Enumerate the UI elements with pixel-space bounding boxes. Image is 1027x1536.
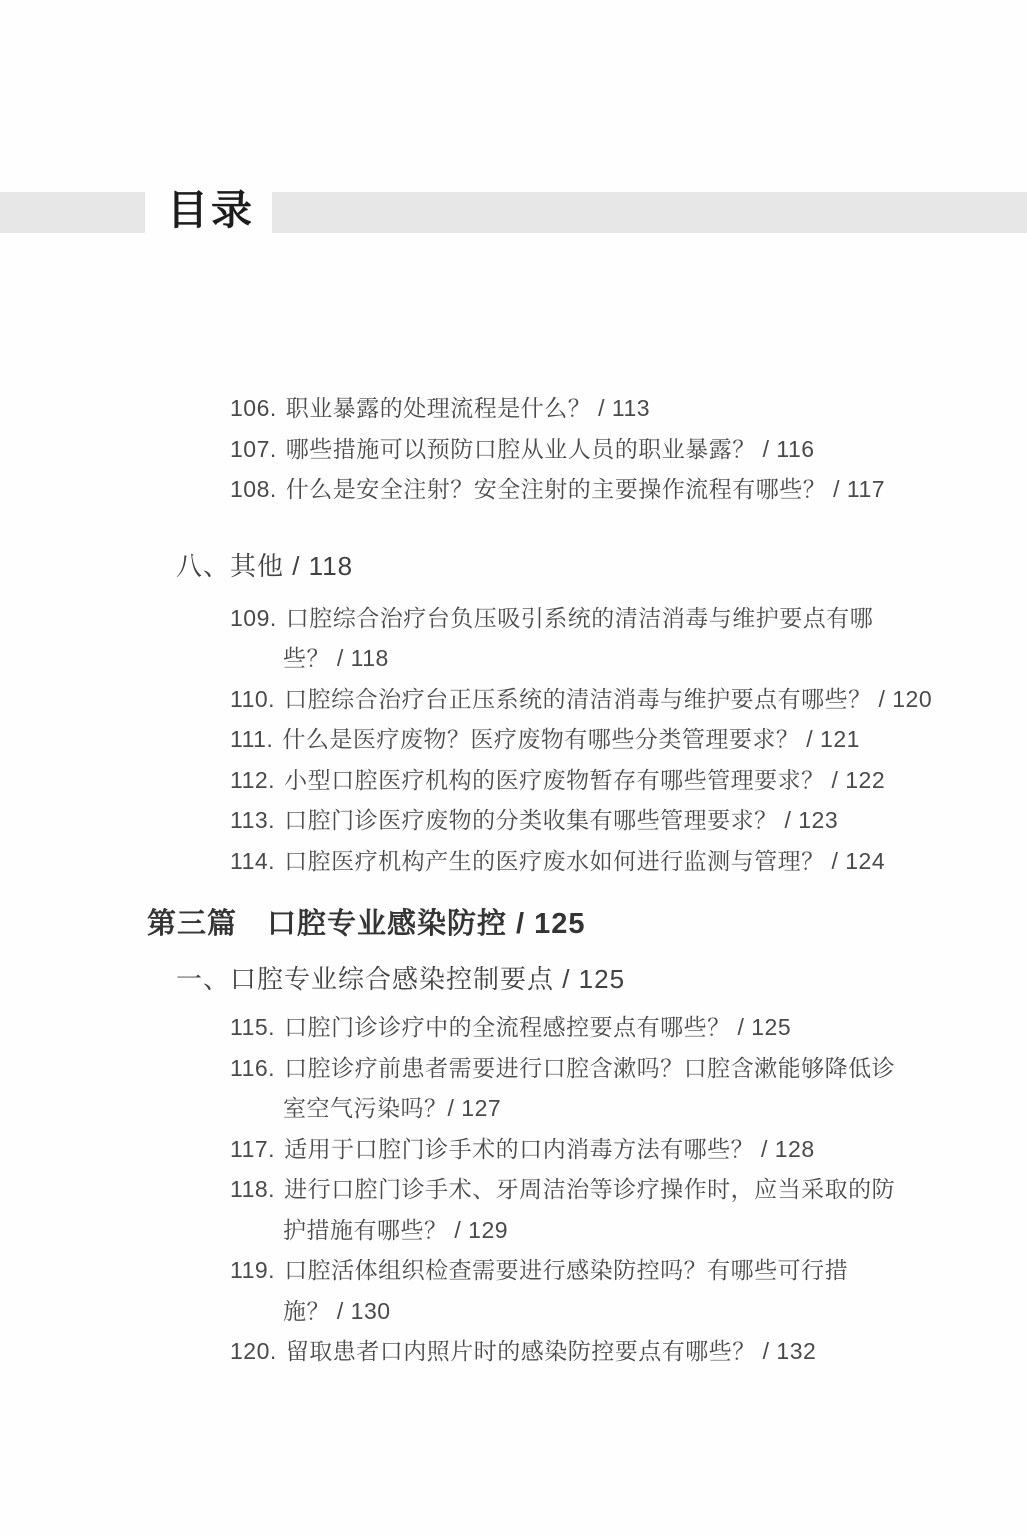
item-number: 109. <box>230 605 277 631</box>
item-number: 119. <box>230 1257 275 1283</box>
item-number: 120. <box>230 1338 277 1364</box>
toc-item: 118.进行口腔门诊手术、牙周洁治等诊疗操作时，应当采取的防护措施有哪些？ / … <box>0 1169 1027 1250</box>
toc-item: 116.口腔诊疗前患者需要进行口腔含漱吗？口腔含漱能够降低诊室空气污染吗？/ 1… <box>0 1048 1027 1129</box>
item-number: 118. <box>230 1176 275 1202</box>
toc-item: 114.口腔医疗机构产生的医疗废水如何进行监测与管理？ / 124 <box>0 841 1027 882</box>
toc-item: 112.小型口腔医疗机构的医疗废物暂存有哪些管理要求？ / 122 <box>0 760 1027 801</box>
toc-item: 117.适用于口腔门诊手术的口内消毒方法有哪些？ / 128 <box>0 1129 1027 1170</box>
item-text: 职业暴露的处理流程是什么？ / 113 <box>286 395 650 421</box>
item-number: 108. <box>230 476 277 502</box>
toc-items-109-114: 109.口腔综合治疗台负压吸引系统的清洁消毒与维护要点有哪些？ / 118110… <box>0 598 1027 882</box>
item-text: 适用于口腔门诊手术的口内消毒方法有哪些？ / 128 <box>284 1136 815 1162</box>
toc-section-heading: 一、口腔专业综合感染控制要点 / 125 <box>176 957 1027 1001</box>
item-number: 106. <box>230 395 277 421</box>
toc-items-115-120: 115.口腔门诊诊疗中的全流程感控要点有哪些？ / 125116.口腔诊疗前患者… <box>0 1007 1027 1372</box>
item-text: 口腔门诊诊疗中的全流程感控要点有哪些？ / 125 <box>284 1014 791 1040</box>
header-rule-right <box>272 192 1027 233</box>
item-text: 口腔综合治疗台正压系统的清洁消毒与维护要点有哪些？ / 120 <box>284 686 932 712</box>
item-text: 进行口腔门诊手术、牙周洁治等诊疗操作时，应当采取的防 <box>284 1176 895 1202</box>
toc-body: 106.职业暴露的处理流程是什么？ / 113107.哪些措施可以预防口腔从业人… <box>0 388 1027 1372</box>
page-title: 目录 <box>167 186 267 234</box>
item-text: 口腔综合治疗台负压吸引系统的清洁消毒与维护要点有哪 <box>286 605 874 631</box>
toc-item: 113.口腔门诊医疗废物的分类收集有哪些管理要求？ / 123 <box>0 800 1027 841</box>
toc-page: 目录 106.职业暴露的处理流程是什么？ / 113107.哪些措施可以预防口腔… <box>0 0 1027 1536</box>
toc-item: 111.什么是医疗废物？医疗废物有哪些分类管理要求？ / 121 <box>0 719 1027 760</box>
item-number: 112. <box>230 767 275 793</box>
item-text-continuation: 护措施有哪些？ / 129 <box>283 1210 1027 1251</box>
item-text-continuation: 些？ / 118 <box>283 638 1027 679</box>
toc-item: 107.哪些措施可以预防口腔从业人员的职业暴露？ / 116 <box>0 429 1027 470</box>
toc-section-heading: 八、其他 / 118 <box>176 544 1027 588</box>
item-number: 114. <box>230 848 275 874</box>
toc-item: 119.口腔活体组织检查需要进行感染防控吗？有哪些可行措施？ / 130 <box>0 1250 1027 1331</box>
item-text: 什么是医疗废物？医疗废物有哪些分类管理要求？ / 121 <box>282 726 860 752</box>
toc-item: 115.口腔门诊诊疗中的全流程感控要点有哪些？ / 125 <box>0 1007 1027 1048</box>
item-number: 113. <box>230 807 275 833</box>
toc-part-heading: 第三篇 口腔专业感染防控 / 125 <box>147 900 1027 948</box>
item-number: 117. <box>230 1136 275 1162</box>
item-number: 115. <box>230 1014 275 1040</box>
item-text: 口腔门诊医疗废物的分类收集有哪些管理要求？ / 123 <box>284 807 838 833</box>
item-text: 哪些措施可以预防口腔从业人员的职业暴露？ / 116 <box>286 436 815 462</box>
item-text: 口腔活体组织检查需要进行感染防控吗？有哪些可行措 <box>284 1257 848 1283</box>
item-text-continuation: 室空气污染吗？/ 127 <box>283 1088 1027 1129</box>
toc-items-106-108: 106.职业暴露的处理流程是什么？ / 113107.哪些措施可以预防口腔从业人… <box>0 388 1027 510</box>
item-text: 什么是安全注射？安全注射的主要操作流程有哪些？ / 117 <box>286 476 885 502</box>
toc-item: 110.口腔综合治疗台正压系统的清洁消毒与维护要点有哪些？ / 120 <box>0 679 1027 720</box>
item-text: 口腔医疗机构产生的医疗废水如何进行监测与管理？ / 124 <box>284 848 885 874</box>
item-number: 111. <box>230 726 273 752</box>
item-text: 口腔诊疗前患者需要进行口腔含漱吗？口腔含漱能够降低诊 <box>284 1055 895 1081</box>
item-text: 小型口腔医疗机构的医疗废物暂存有哪些管理要求？ / 122 <box>284 767 885 793</box>
toc-item: 109.口腔综合治疗台负压吸引系统的清洁消毒与维护要点有哪些？ / 118 <box>0 598 1027 679</box>
toc-item: 106.职业暴露的处理流程是什么？ / 113 <box>0 388 1027 429</box>
item-number: 110. <box>230 686 275 712</box>
item-number: 116. <box>230 1055 275 1081</box>
item-number: 107. <box>230 436 277 462</box>
item-text: 留取患者口内照片时的感染防控要点有哪些？ / 132 <box>286 1338 817 1364</box>
item-text-continuation: 施？ / 130 <box>283 1291 1027 1332</box>
toc-item: 108.什么是安全注射？安全注射的主要操作流程有哪些？ / 117 <box>0 469 1027 510</box>
toc-item: 120.留取患者口内照片时的感染防控要点有哪些？ / 132 <box>0 1331 1027 1372</box>
header-rule-left <box>0 192 145 233</box>
